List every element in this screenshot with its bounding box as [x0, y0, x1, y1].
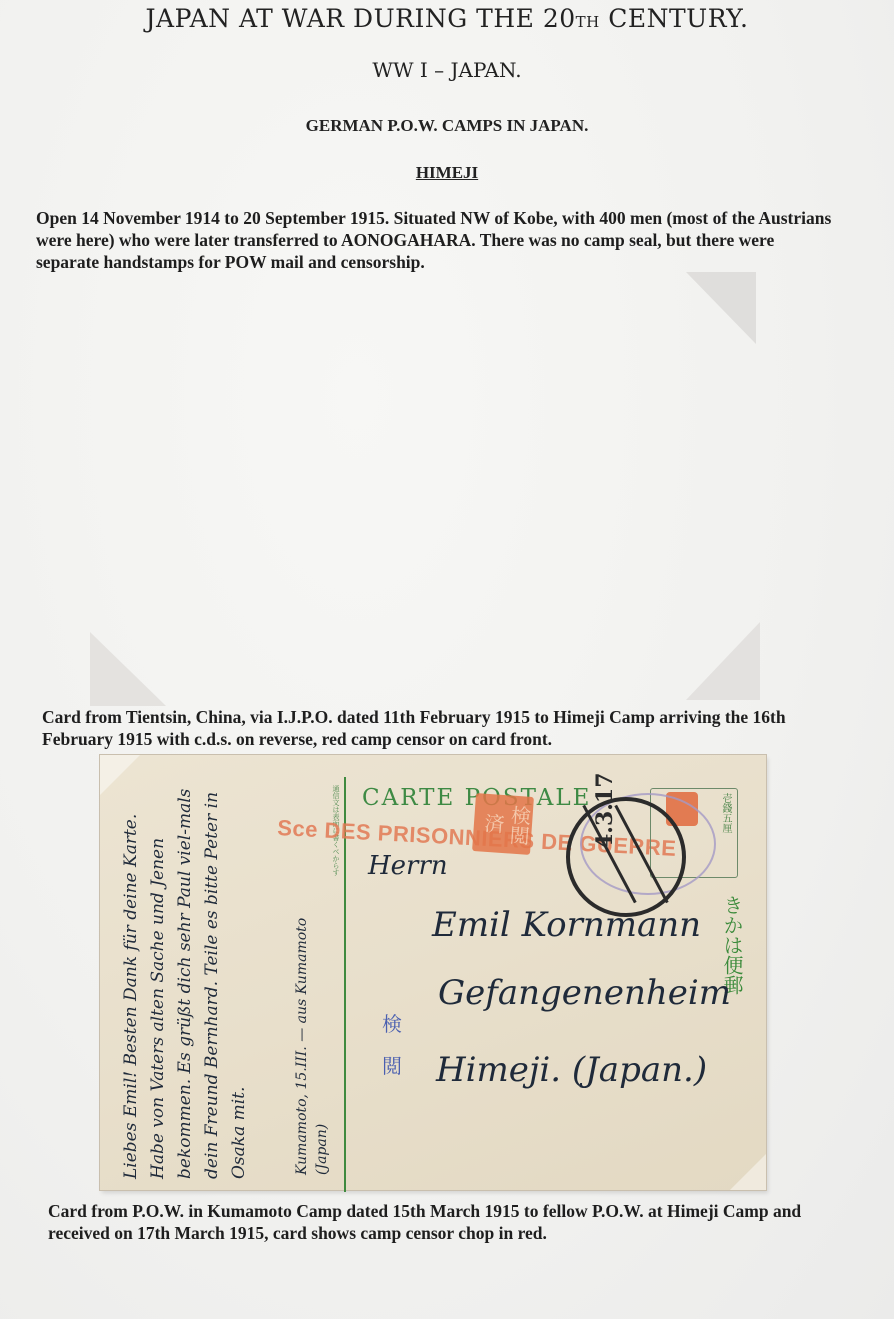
- blue-censor-mark: 検 閲: [382, 1003, 422, 1087]
- postcard-image: Liebes Emil! Besten Dank für deine Karte…: [100, 755, 766, 1190]
- intro-paragraph: Open 14 November 1914 to 20 September 19…: [36, 207, 836, 273]
- circular-date-stamp: [566, 797, 686, 917]
- title-text: JAPAN AT WAR DURING THE 20: [146, 4, 576, 33]
- section-title: GERMAN P.O.W. CAMPS IN JAPAN.: [0, 116, 894, 136]
- mount-corner-icon: [90, 632, 166, 706]
- caption-tientsin-card: Card from Tientsin, China, via I.J.P.O. …: [42, 706, 842, 750]
- caption-kumamoto-card: Card from P.O.W. in Kumamoto Camp dated …: [48, 1200, 848, 1244]
- address-camp: Gefangenenheim: [438, 973, 731, 1013]
- title-text-end: CENTURY.: [600, 4, 749, 33]
- page-subtitle: WW I – JAPAN.: [0, 58, 894, 82]
- handwritten-message: Liebes Emil! Besten Dank für deine Karte…: [118, 779, 253, 1179]
- address-city: Himeji. (Japan.): [436, 1050, 707, 1090]
- camp-name-heading: HIMEJI: [0, 163, 894, 183]
- cds-date: 4.3.17: [592, 772, 618, 849]
- address-salutation: Herrn: [368, 851, 448, 881]
- address-name: Emil Kornmann: [432, 905, 701, 945]
- sender-address: Kumamoto, 15.III. — aus Kumamoto (Japan): [292, 905, 332, 1175]
- title-superscript: TH: [576, 13, 600, 31]
- mount-corner-icon: [686, 272, 756, 344]
- mount-corner-icon: [686, 622, 760, 700]
- censor-chop-seal: 検閲済: [472, 793, 534, 855]
- mount-corner-icon: [730, 1154, 766, 1190]
- page-title: JAPAN AT WAR DURING THE 20TH CENTURY.: [0, 4, 894, 33]
